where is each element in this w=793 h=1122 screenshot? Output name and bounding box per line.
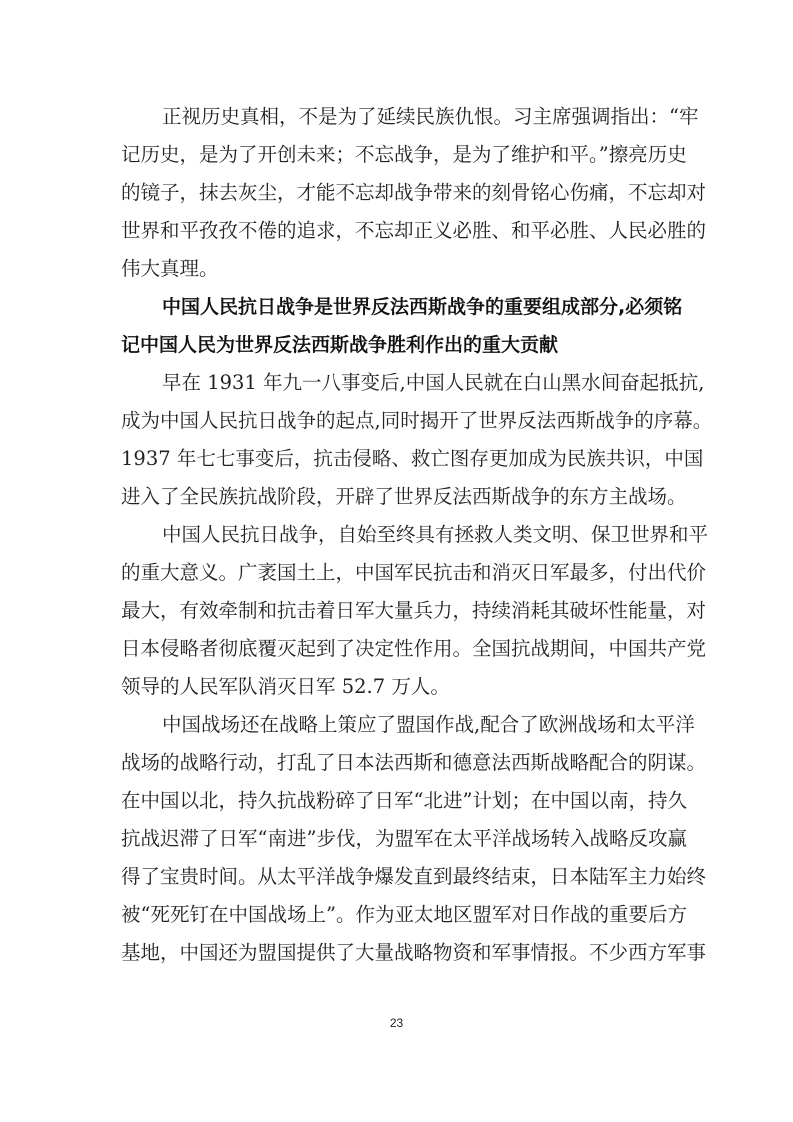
paragraph-3-line-2: 的重大意义。广袤国土上，中国军民抗击和消灭日军最多，付出代价 [121,558,672,588]
paragraph-4-line-4: 抗战迟滞了日军“南进”步伐，为盟军在太平洋战场转入战略反攻赢 [121,824,672,854]
paragraph-2-line-1: 早在 1931 年九一八事变后,中国人民就在白山黑水间奋起抵抗, [162,368,672,398]
paragraph-3-line-5: 领导的人民军队消灭日军 52.7 万人。 [121,672,672,702]
paragraph-4-line-6: 被“死死钉在中国战场上”。作为亚太地区盟军对日作战的重要后方 [121,900,672,930]
paragraph-2-line-3: 1937 年七七事变后，抗击侵略、救亡图存更加成为民族共识，中国 [121,444,672,474]
paragraph-2-line-4: 进入了全民族抗战阶段，开辟了世界反法西斯战争的东方主战场。 [121,482,672,512]
paragraph-4-line-7: 基地，中国还为盟国提供了大量战略物资和军事情报。不少西方军事 [121,938,672,968]
paragraph-3-line-3: 最大，有效牵制和抗击着日军大量兵力，持续消耗其破坏性能量，对 [121,596,672,626]
paragraph-4-line-5: 得了宝贵时间。从太平洋战争爆发直到最终结束，日本陆军主力始终 [121,862,672,892]
paragraph-3-line-4: 日本侵略者彻底覆灭起到了决定性作用。全国抗战期间，中国共产党 [121,634,672,664]
paragraph-1-line-2: 记历史，是为了开创未来；不忘战争，是为了维护和平。”擦亮历史 [121,140,672,170]
document-page: 正视历史真相，不是为了延续民族仇恨。习主席强调指出：“牢 记历史，是为了开创未来… [0,0,793,1122]
paragraph-4-line-2: 战场的战略行动，打乱了日本法西斯和德意法西斯战略配合的阴谋。 [121,748,672,778]
page-number: 23 [0,1016,793,1030]
paragraph-1-line-5: 伟大真理。 [121,254,672,284]
paragraph-3-line-1: 中国人民抗日战争，自始至终具有拯救人类文明、保卫世界和平 [162,520,672,550]
paragraph-1-line-1: 正视历史真相，不是为了延续民族仇恨。习主席强调指出：“牢 [162,102,672,132]
paragraph-4-line-1: 中国战场还在战略上策应了盟国作战,配合了欧洲战场和太平洋 [162,710,672,740]
paragraph-1-line-4: 世界和平孜孜不倦的追求，不忘却正义必胜、和平必胜、人民必胜的 [121,216,672,246]
section-heading-line-1: 中国人民抗日战争是世界反法西斯战争的重要组成部分,必须铭 [162,292,672,322]
section-heading-line-2: 记中国人民为世界反法西斯战争胜利作出的重大贡献 [121,330,672,360]
paragraph-2-line-2: 成为中国人民抗日战争的起点,同时揭开了世界反法西斯战争的序幕。 [121,406,672,436]
paragraph-1-line-3: 的镜子，抹去灰尘，才能不忘却战争带来的刻骨铭心伤痛，不忘却对 [121,178,672,208]
paragraph-4-line-3: 在中国以北，持久抗战粉碎了日军“北进”计划；在中国以南，持久 [121,786,672,816]
